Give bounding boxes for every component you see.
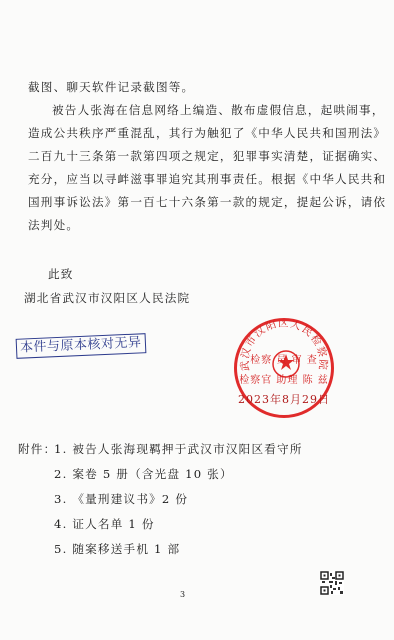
recipient-court: 湖北省武汉市汉阳区人民法院 bbox=[24, 291, 190, 305]
body-line-6: 国刑事诉讼法》第一百七十六条第一款的规定，提起公诉，请依 bbox=[28, 195, 386, 209]
body-line-1: 截图、聊天软件记录截图等。 bbox=[28, 80, 194, 94]
attachment-item: 1. 被告人张海现羁押于武汉市汉阳区看守所 bbox=[54, 442, 303, 456]
page-number: 3 bbox=[180, 590, 185, 599]
seal-line-1: 检察 员 审 查 bbox=[237, 351, 331, 366]
body-line-4: 二百九十三条第一款第四项之规定，犯罪事实清楚，证据确实、 bbox=[28, 149, 386, 163]
attachment-item: 2. 案卷 5 册（含光盘 10 张） bbox=[54, 467, 233, 481]
attachments-label: 附件： bbox=[18, 442, 56, 456]
body-line-3: 造成公共秩序严重混乱，其行为触犯了《中华人民共和国刑法》 bbox=[28, 126, 386, 140]
body-line-5: 充分，应当以寻衅滋事罪追究其刑事责任。根据《中华人民共和 bbox=[28, 172, 386, 186]
attachment-item: 5. 随案移送手机 1 部 bbox=[54, 542, 180, 556]
official-seal: 武汉市汉阳区人民检察院 检察 员 审 查 检察官 助理 陈 兹 2023年8月2… bbox=[234, 318, 334, 418]
salutation: 此致 bbox=[48, 267, 74, 281]
body-line-2: 被告人张海在信息网络上编造、散布虚假信息，起哄闹事， bbox=[52, 103, 385, 117]
attachment-item: 4. 证人名单 1 份 bbox=[54, 517, 155, 531]
seal-date: 2023年8月29日 bbox=[237, 391, 331, 407]
verification-stamp: 本件与原本核对无异 bbox=[16, 333, 146, 359]
body-line-7: 法判处。 bbox=[28, 218, 79, 232]
document-page: 截图、聊天软件记录截图等。 被告人张海在信息网络上编造、散布虚假信息，起哄闹事，… bbox=[0, 0, 394, 640]
qr-code-icon bbox=[320, 571, 344, 595]
attachment-item: 3. 《量刑建议书》2 份 bbox=[54, 492, 188, 506]
seal-line-2: 检察官 助理 陈 兹 bbox=[237, 371, 331, 386]
